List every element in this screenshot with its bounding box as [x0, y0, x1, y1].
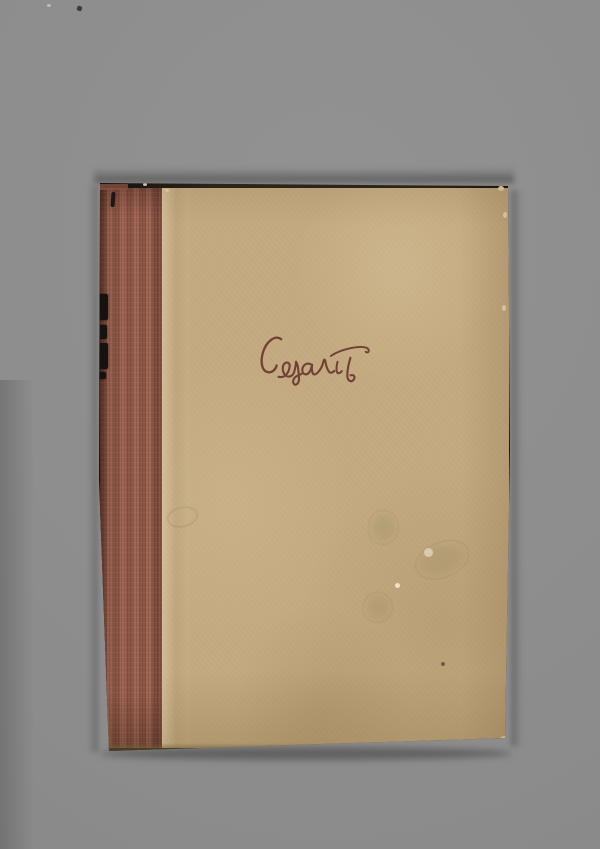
book-shadow-top [94, 168, 514, 183]
corner-chip [498, 186, 504, 191]
fore-edge-chip [502, 305, 506, 311]
spine-scuff-mark [97, 343, 108, 369]
spine-scuff-mark [97, 325, 107, 339]
spine-scuff-mark [97, 294, 108, 320]
paper-grain [162, 188, 509, 748]
dust-speck-light [47, 4, 51, 7]
spine-scuff-mark [97, 372, 106, 379]
scanner-vignette [0, 380, 34, 849]
book-shadow-right [511, 190, 522, 746]
scanned-book-photo [0, 0, 600, 849]
book-cover [97, 180, 512, 754]
paper-fleck [441, 662, 445, 666]
stain-highlight [424, 548, 433, 557]
dust-speck-dark [76, 5, 82, 11]
spine-head-cloth [100, 184, 128, 190]
paper-fleck [395, 583, 400, 588]
corner-chip [500, 736, 508, 743]
cloth-spine [100, 188, 162, 748]
front-cover-paper [162, 188, 509, 748]
paper-chip [165, 189, 169, 192]
book-shadow-left [88, 186, 98, 752]
fore-edge-chip [503, 212, 507, 218]
top-edge-chip [143, 183, 147, 186]
handwritten-signature-ink [258, 331, 374, 389]
